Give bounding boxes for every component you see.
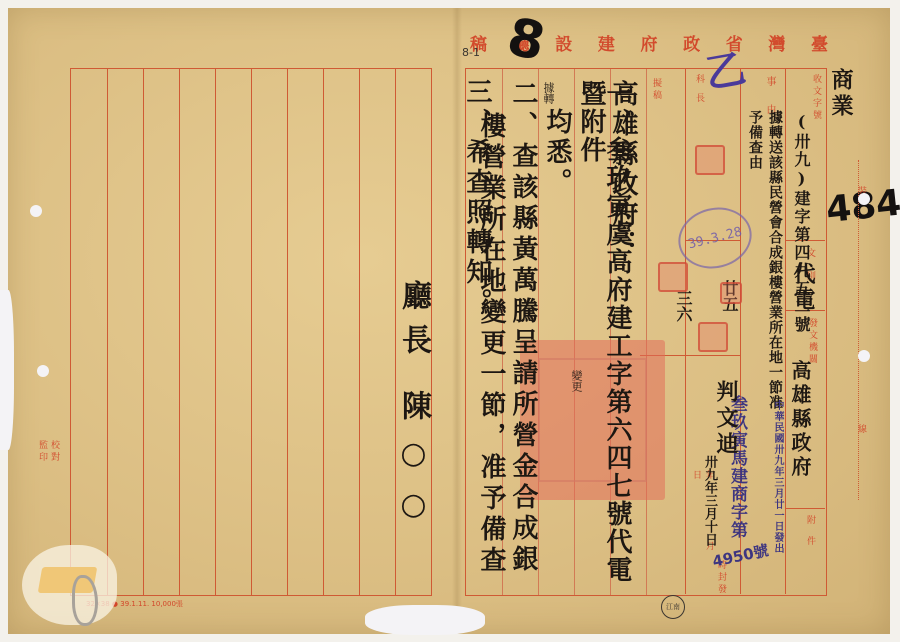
grid-line (251, 69, 252, 595)
title-char: 建 (598, 30, 617, 54)
paper-tear (0, 290, 14, 450)
subject-value: 據轉送該縣民營會合成銀樓營業所在地一節准予備查由 (745, 110, 785, 410)
issuer-value: 高雄縣政府 (790, 360, 810, 480)
archive-logo (22, 545, 117, 625)
grid-line (287, 69, 288, 595)
title-char: 設 (555, 30, 574, 54)
seal-label: 監印 (36, 440, 49, 464)
punch-hole (30, 205, 42, 217)
grid-line (574, 69, 575, 595)
grid-line (646, 69, 647, 595)
title-char: 灣 (768, 30, 787, 54)
annotation-change: 變更 (568, 370, 584, 392)
body-item-1: 一、叁玖寅虞高府建工字第六四七號代電暨附件 (578, 80, 630, 600)
form-divider (785, 508, 825, 509)
drafter-label: 擬稿 (650, 78, 663, 102)
handwritten-date: 卅九年三月十日 (700, 455, 719, 546)
chief-seal (695, 145, 725, 175)
grid-line (179, 69, 180, 595)
punch-hole (37, 365, 49, 377)
body-item-2: 二、查該縣黃萬騰呈請所營金合成銀 (510, 80, 536, 600)
title-char: 政 (683, 30, 702, 54)
handwritten-signature: 判文迪 (715, 380, 737, 458)
title-char: 府 (641, 30, 660, 54)
page-fold (452, 8, 462, 634)
circle-stamp: 江南 (661, 595, 685, 619)
clerk-seal (698, 322, 728, 352)
body-item-1-end: 均悉。 (544, 108, 570, 198)
doc-type-value: 代電 (792, 262, 814, 314)
director-name: 陳○○ (398, 390, 428, 538)
grid-line (323, 69, 324, 595)
page-marker: 8-1 (462, 46, 480, 59)
proof-label: 校對 (48, 440, 61, 464)
punch-hole (858, 350, 870, 362)
grid-line (215, 69, 216, 595)
binding-mark-bottom: 線 (855, 424, 868, 436)
grid-line (143, 69, 144, 595)
small-seal (720, 282, 742, 304)
punch-hole (858, 193, 870, 205)
handwritten-day-2: 三六 (672, 290, 695, 322)
grid-line (107, 69, 108, 595)
form-divider (785, 68, 786, 594)
grid-line (538, 69, 539, 595)
section-chief-label: 科長 (693, 74, 706, 112)
annotation-forward: 據轉 (540, 82, 556, 104)
left-ruled-grid (70, 68, 432, 596)
attachment-label: 附件 (804, 515, 817, 557)
body-item-3: 三、希查照轉知。 (464, 78, 490, 318)
grid-line (359, 69, 360, 595)
issuer-date: 中華民國卅九年三月廿一日發出 (770, 400, 785, 554)
binding-line (858, 160, 859, 500)
title-char: 臺 (811, 30, 830, 54)
form-divider (685, 68, 686, 594)
paper-tear (365, 605, 485, 635)
section-mark: 商業 (830, 68, 852, 120)
drafter-seal (658, 262, 688, 292)
director-title: 廳長 (398, 280, 428, 368)
